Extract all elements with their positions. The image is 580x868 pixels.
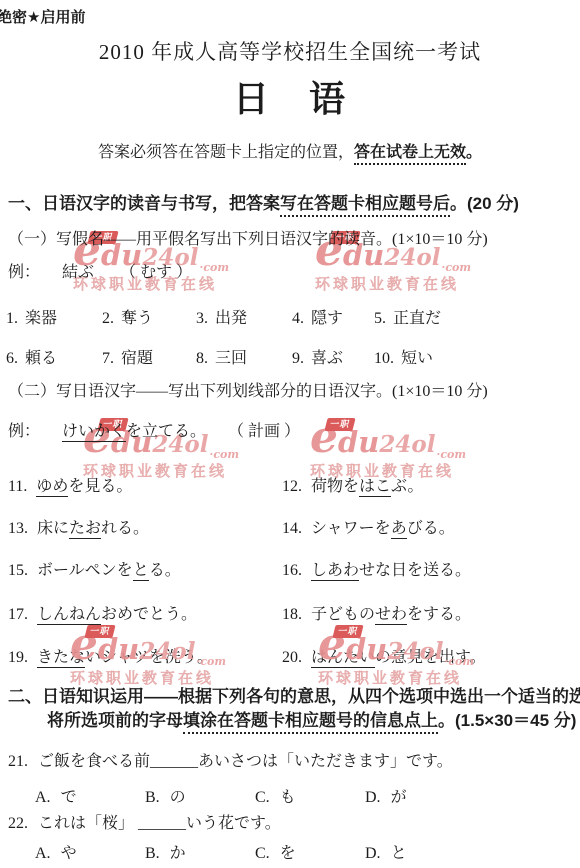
option-b: B.か [145,840,186,863]
option-b: B.の [145,784,186,807]
section-two-heading-emphasized: 填涂在答题卡相应题号的信息点上 [183,711,438,734]
section-two-heading-line2: 将所选项前的字母填涂在答题卡相应题号的信息点上。(1.5×30＝45 分) [47,711,576,731]
notice-text: 答案必须答在答题卡上指定的位置， [98,144,354,161]
kana-item-7: 7.宿題 [102,345,153,368]
kana-items-row-2: 6.頼る 7.宿題 8.三回 9.喜ぶ 10.短い [0,345,580,365]
option-a: A.や [35,840,77,863]
section-two-heading-pre: 将所选项前的字母 [47,711,183,730]
kanji-items-row-4: 17.しんねんおめでとう。 18.子どものせわをする。 [0,601,580,623]
kana-item-9: 9.喜ぶ [292,345,343,368]
watermark-logo-24ol: 24ol [379,431,435,458]
kanji-item-18: 18.子どものせわをする。 [282,601,471,624]
section-two-heading-post: 。(1.5×30＝45 分) [438,711,576,730]
kana-item-2: 2.奪う [102,305,153,328]
fill-in-blank: ______ [138,815,186,832]
option-c: C.を [255,840,296,863]
watermark-dotcom: ·com [209,448,239,461]
kanji-items-row-1: 11.ゆめを見る。 12.荷物をはこぶ。 [0,473,580,495]
watermark-dotcom: ·com [441,261,471,274]
notice-period: 。 [466,144,482,161]
exam-title: 2010 年成人高等学校招生全国统一考试 [0,40,580,64]
kana-item-1: 1.楽器 [6,305,57,328]
part-two-intro: （二）写日语汉字——写出下列划线部分的日语汉字。(1×10＝10 分) [8,383,488,401]
kana-item-3: 3.出発 [196,305,247,328]
kanji-item-16: 16.しあわせな日を送る。 [282,557,471,580]
question-21: 21.ご飯を食べる前______あいさつは「いただきます」です。 [8,753,453,771]
kanji-item-11: 11.ゆめを見る。 [8,473,132,496]
kana-item-6: 6.頼る [6,345,57,368]
watermark-tagline: 环球职业教育在线 [318,667,488,688]
kana-item-8: 8.三回 [196,345,247,368]
watermark-tagline: 环球职业教育在线 [315,273,485,294]
example-label: 例： [8,423,40,440]
kanji-item-19: 19.きたないシャツを洗う。 [8,644,213,667]
kanji-item-20: 20.はんたいの意見を出す。 [282,644,486,667]
section-one-heading-emphasized: 写在答题卡相应题号后 [280,194,450,217]
notice-emphasized-text: 答在试卷上无效 [354,144,466,165]
kanji-item-15: 15.ボールペンをとる。 [8,557,181,580]
example-underlined: けいかく [62,423,126,442]
section-one-heading: 一、日语汉字的读音与书写，把答案写在答题卡相应题号后。(20 分) [8,194,519,214]
question-22: 22.これは「桜」 ______いう花です。 [8,815,281,833]
kanji-item-13: 13.床にたおれる。 [8,515,149,538]
watermark-dotcom: ·com [436,448,466,461]
exam-paper-page: 一职edu24ol·com 环球职业教育在线 一职edu24ol·com 环球职… [0,0,580,868]
kanji-item-12: 12.荷物をはこぶ。 [282,473,423,496]
watermark-badge-icon: 一职 [324,418,355,431]
example-label: 例： [8,264,40,281]
example-post: を立てる。 [126,423,206,440]
option-a: A.で [35,784,77,807]
question-stem: いう花です。 [186,815,281,832]
option-d: D.と [365,840,407,863]
part-one-intro: （一）写假名——用平假名写出下列日语汉字的读音。(1×10＝10 分) [8,231,488,249]
section-one-heading-post: 。(20 分) [450,194,519,213]
question-stem: ご飯を食べる前 [38,753,150,770]
part-one-example: 例：結ぶ（ むす ） [8,264,192,282]
option-c: C.も [255,784,296,807]
watermark-tagline: 环球职业教育在线 [70,667,240,688]
kanji-items-row-2: 13.床にたおれる。 14.シャワーをあびる。 [0,515,580,537]
kana-item-5: 5.正直だ [374,305,441,328]
watermark-logo-e: e [310,412,338,463]
kanji-item-14: 14.シャワーをあびる。 [282,515,455,538]
question-21-options: A.で B.の C.も D.が [0,784,580,804]
example-answer: （ むす ） [120,264,192,281]
answer-notice: 答案必须答在答题卡上指定的位置，答在试卷上无效。 [0,144,580,162]
kana-item-10: 10.短い [374,345,433,368]
watermark: 一职edu24ol·com 环球职业教育在线 [310,421,480,481]
subject-title: 日 语 [0,78,580,119]
kana-items-row-1: 1.楽器 2.奪う 3.出発 4.隠す 5.正直だ [0,305,580,325]
example-word: 結ぶ [62,264,94,281]
question-22-options: A.や B.か C.を D.と [0,840,580,860]
watermark-badge-icon: 一职 [332,625,363,638]
example-answer: （ 計画 ） [236,423,300,440]
secrecy-label: 绝密★启用前 [0,9,85,26]
question-stem: これは「桜」 [38,815,138,832]
section-one-heading-pre: 一、日语汉字的读音与书写，把答案 [8,194,280,213]
watermark-dotcom: ·com [199,261,229,274]
kana-item-4: 4.隠す [292,305,343,328]
question-number: 21. [8,753,28,771]
fill-in-blank: ______ [150,753,198,770]
question-stem: あいさつは「いただきます」です。 [198,753,453,770]
kanji-items-row-3: 15.ボールペンをとる。 16.しあわせな日を送る。 [0,557,580,579]
watermark-logo-du: du [338,425,379,459]
question-number: 22. [8,815,28,833]
option-d: D.が [365,784,407,807]
kanji-items-row-5: 19.きたないシャツを洗う。 20.はんたいの意見を出す。 [0,644,580,666]
section-two-heading-line1: 二、日语知识运用——根据下列各句的意思，从四个选项中选出一个适当的选项， [8,687,580,707]
watermark-badge-icon: 一职 [84,625,115,638]
part-two-example: 例：けいかくを立てる。（ 計画 ） [8,423,300,441]
kanji-item-17: 17.しんねんおめでとう。 [8,601,197,624]
